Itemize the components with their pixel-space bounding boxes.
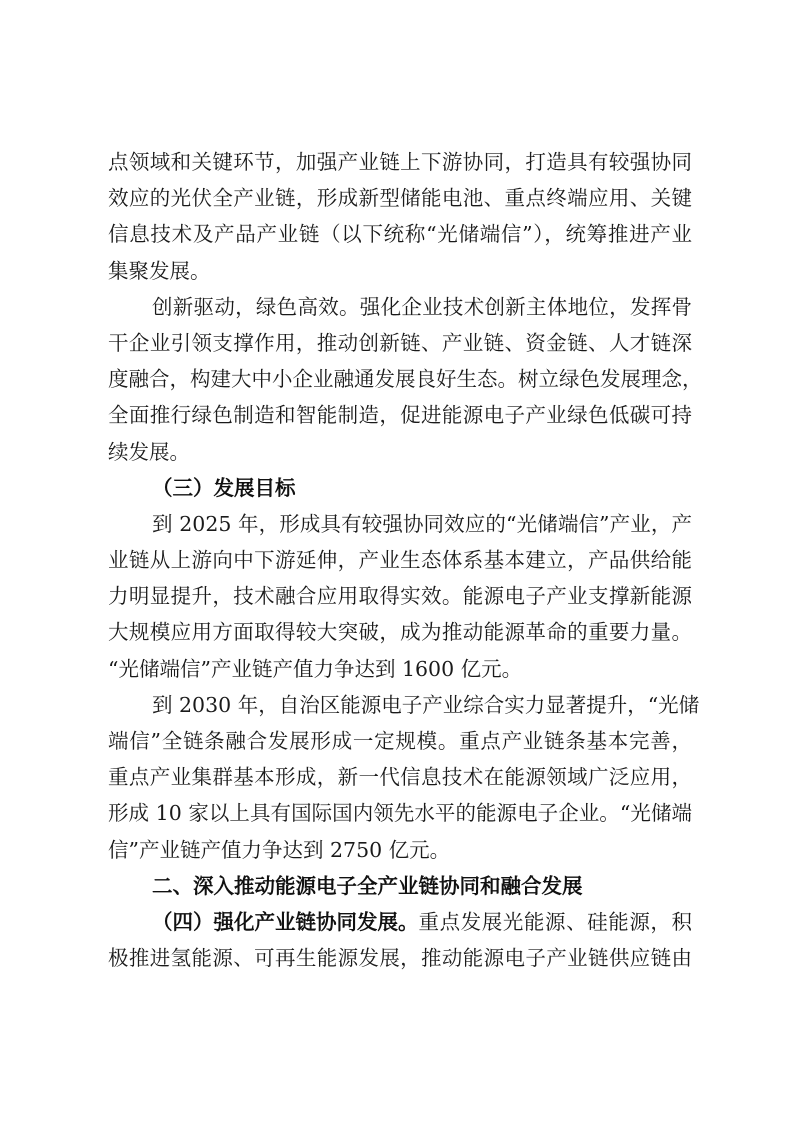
paragraph-industry-chain: 点领域和关键环节，加强产业链上下游协同，打造具有较强协同 效应的光伏全产业链，形…	[108, 144, 692, 289]
chapter-heading-two: 二、深入推动能源电子全产业链协同和融合发展	[108, 868, 692, 904]
text-line: 端信”全链条融合发展形成一定规模。重点产业链条基本完善，	[108, 723, 692, 759]
text-line-rest: 重点发展光能源、硅能源，积	[419, 904, 693, 940]
text-line: 信”产业链产值力争达到 2750 亿元。	[108, 832, 692, 868]
paragraph-goal-2030: 到 2030 年，自治区能源电子产业综合实力显著提升，“光储 端信”全链条融合发…	[108, 687, 692, 868]
text-line: 到 2025 年，形成具有较强协同效应的“光储端信”产业，产	[108, 506, 692, 542]
section-heading-goals: （三）发展目标	[108, 470, 692, 506]
text-line: 全面推行绿色制造和智能制造，促进能源电子产业绿色低碳可持	[108, 397, 692, 433]
text-line: 形成 10 家以上具有国际国内领先水平的能源电子企业。“光储端	[108, 795, 692, 831]
text-line: 到 2030 年，自治区能源电子产业综合实力显著提升，“光储	[108, 687, 692, 723]
text-line: 业链从上游向中下游延伸，产业生态体系基本建立，产品供给能	[108, 542, 692, 578]
text-line: 重点产业集群基本形成，新一代信息技术在能源领域广泛应用，	[108, 759, 692, 795]
text-line: “光储端信”产业链产值力争达到 1600 亿元。	[108, 651, 692, 687]
text-line-with-lead: （四）强化产业链协同发展。 重点发展光能源、硅能源，积	[108, 904, 692, 940]
document-page: 点领域和关键环节，加强产业链上下游协同，打造具有较强协同 效应的光伏全产业链，形…	[108, 144, 692, 976]
text-line: 创新驱动，绿色高效。强化企业技术创新主体地位，发挥骨	[108, 289, 692, 325]
text-line: 极推进氢能源、可再生能源发展，推动能源电子产业链供应链由	[108, 940, 692, 976]
text-line: 大规模应用方面取得较大突破，成为推动能源革命的重要力量。	[108, 614, 692, 650]
text-line: 信息技术及产品产业链（以下统称“光储端信”），统筹推进产业	[108, 216, 692, 252]
text-line: 效应的光伏全产业链，形成新型储能电池、重点终端应用、关键	[108, 180, 692, 216]
text-line: 续发展。	[108, 434, 692, 470]
text-line: 点领域和关键环节，加强产业链上下游协同，打造具有较强协同	[108, 144, 692, 180]
text-line: 干企业引领支撑作用，推动创新链、产业链、资金链、人才链深	[108, 325, 692, 361]
paragraph-strengthen-chain: （四）强化产业链协同发展。 重点发展光能源、硅能源，积 极推进氢能源、可再生能源…	[108, 904, 692, 976]
subsection-lead: （四）强化产业链协同发展。	[152, 904, 419, 940]
text-line: 力明显提升，技术融合应用取得实效。能源电子产业支撑新能源	[108, 578, 692, 614]
paragraph-goal-2025: 到 2025 年，形成具有较强协同效应的“光储端信”产业，产 业链从上游向中下游…	[108, 506, 692, 687]
paragraph-innovation: 创新驱动，绿色高效。强化企业技术创新主体地位，发挥骨 干企业引领支撑作用，推动创…	[108, 289, 692, 470]
text-line: 集聚发展。	[108, 253, 692, 289]
text-line: 度融合，构建大中小企业融通发展良好生态。树立绿色发展理念，	[108, 361, 692, 397]
